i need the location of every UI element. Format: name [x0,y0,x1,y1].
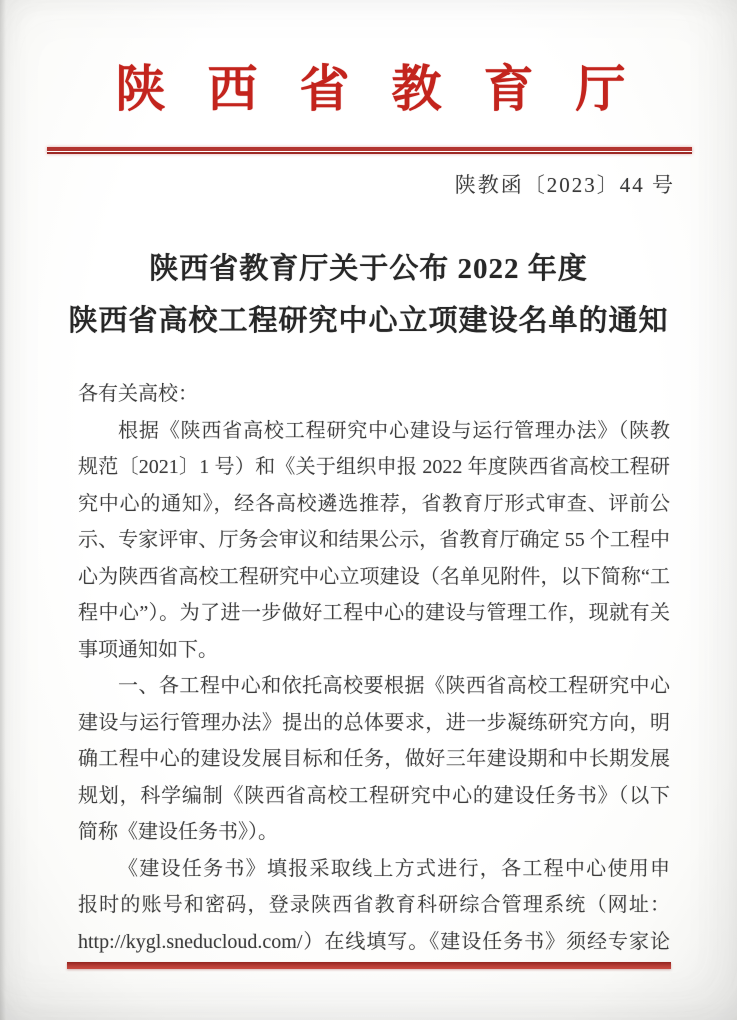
body-line: 心为陕西省高校工程研究中心立项建设（名单见附件，以下简称“工 [78,559,670,596]
letterhead-org-name: 陕西省教育厅 [0,58,737,120]
body-line: 究中心的通知》，经各高校遴选推荐，省教育厅形式审查、评前公 [78,486,670,523]
document-body: 各有关高校：根据《陕西省高校工程研究中心建设与运行管理办法》（陕教规范〔2021… [78,376,670,960]
body-line: 各有关高校： [78,376,670,413]
body-line: 规划，科学编制《陕西省高校工程研究中心的建设任务书》（以下 [78,778,670,815]
letterhead-divider-line [47,147,692,154]
body-line: 一、各工程中心和依托高校要根据《陕西省高校工程研究中心 [78,668,670,705]
body-line: 《建设任务书》填报采取线上方式进行，各工程中心使用申 [78,851,670,888]
body-line: 简称《建设任务书》）。 [78,814,670,851]
body-line: 根据《陕西省高校工程研究中心建设与运行管理办法》（陕教 [78,413,670,450]
document-title-line-2: 陕西省高校工程研究中心立项建设名单的通知 [0,295,737,347]
document-number: 陕教函〔2023〕44 号 [455,169,675,199]
body-line: 建设与运行管理办法》提出的总体要求，进一步凝练研究方向，明 [78,705,670,742]
body-line: 报时的账号和密码，登录陕西省教育科研综合管理系统（网址： [78,887,670,924]
document-title: 陕西省教育厅关于公布 2022 年度 陕西省高校工程研究中心立项建设名单的通知 [0,243,737,347]
body-line: 程中心”）。为了进一步做好工程中心的建设与管理工作，现就有关 [78,595,670,632]
body-line: http://kygl.sneducloud.com/）在线填写。《建设任务书》… [78,924,670,961]
footer-divider-line [67,962,671,969]
body-line: 规范〔2021〕1 号）和《关于组织申报 2022 年度陕西省高校工程研 [78,449,670,486]
document-title-line-1: 陕西省教育厅关于公布 2022 年度 [0,243,737,295]
body-line: 确工程中心的建设发展目标和任务，做好三年建设期和中长期发展 [78,741,670,778]
body-line: 示、专家评审、厅务会审议和结果公示，省教育厅确定 55 个工程中 [78,522,670,559]
body-line: 事项通知如下。 [78,632,670,669]
document-page: 陕西省教育厅 陕教函〔2023〕44 号 陕西省教育厅关于公布 2022 年度 … [0,0,737,1020]
